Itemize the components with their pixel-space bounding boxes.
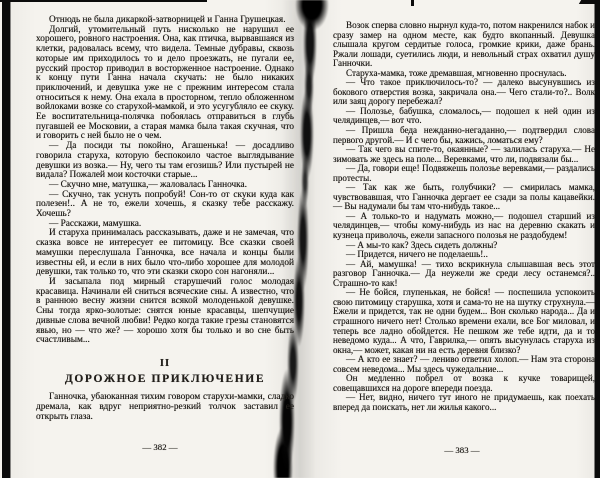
paragraph: И старуха принималась рассказывать, даже… xyxy=(36,229,294,278)
paragraph: — Нет, видно, ничего тут иного не придум… xyxy=(333,393,595,412)
paragraph: — Скучно, так уснуть попробуй! Сон-то от… xyxy=(36,191,294,220)
paragraph: Долгий, утомительный путь нисколько не н… xyxy=(36,26,294,142)
right-page-number: — 383 — xyxy=(402,445,522,455)
chapter-title: ДОРОЖНОЕ ПРИКЛЮЧЕНИЕ xyxy=(36,375,294,385)
paragraph: Ганночка, убаюканная тихим говором стару… xyxy=(36,393,294,422)
paragraph: — Ай, мамушка! — тихо вскрикнула слышавш… xyxy=(333,260,595,289)
scan-edge-top xyxy=(0,0,207,2)
paragraph: — Да посиди ты покойно, Агашенька! — дос… xyxy=(36,142,294,181)
right-page-body: Возок сперва словно нырнул куда-то, пото… xyxy=(333,21,595,412)
right-page: Возок сперва словно нырнул куда-то, пото… xyxy=(333,21,595,412)
scan-artifact-mark xyxy=(411,0,414,6)
paragraph: — Не бойся, глупенькая, не бойся! — посп… xyxy=(333,288,595,355)
paragraph: — Что такое приключилось-то? — далеко вы… xyxy=(333,78,595,107)
book-scan: Отнюдь не была дикаркой-затворницей и Га… xyxy=(0,0,600,478)
chapter-number: II xyxy=(36,359,294,369)
paragraph: — Так как же быть, голубчики? — смирилас… xyxy=(333,183,595,212)
left-page-number: — 382 — xyxy=(100,442,220,452)
scan-artifact-corner xyxy=(579,0,598,4)
paragraph: — Пришла беда нежданно-негаданно,— подтв… xyxy=(333,126,595,145)
paragraph: — Полозье, бабушка, сломалось,— подошел … xyxy=(333,107,595,126)
paragraph: — Да, говори еще! Подвяжешь полозье вере… xyxy=(333,164,595,183)
paragraph: Он медленно побрел от возка к кучке това… xyxy=(333,374,595,393)
left-page-body: Отнюдь не была дикаркой-затворницей и Га… xyxy=(36,16,294,346)
left-page-body-after-heading: Ганночка, убаюканная тихим говором стару… xyxy=(36,393,294,422)
paragraph: И засыпала под мирный старушечий голос м… xyxy=(36,278,294,346)
paragraph: — А кто ее знает? — лениво ответил холоп… xyxy=(333,355,595,374)
scan-edge-left xyxy=(0,0,13,478)
left-page: Отнюдь не была дикаркой-затворницей и Га… xyxy=(36,16,294,422)
paragraph: — Так чего вы спите-то, окаянные? — зали… xyxy=(333,145,595,164)
paragraph: — А только-то и надумать можно,— подошел… xyxy=(333,212,595,241)
paragraph: Возок сперва словно нырнул куда-то, пото… xyxy=(333,21,595,69)
